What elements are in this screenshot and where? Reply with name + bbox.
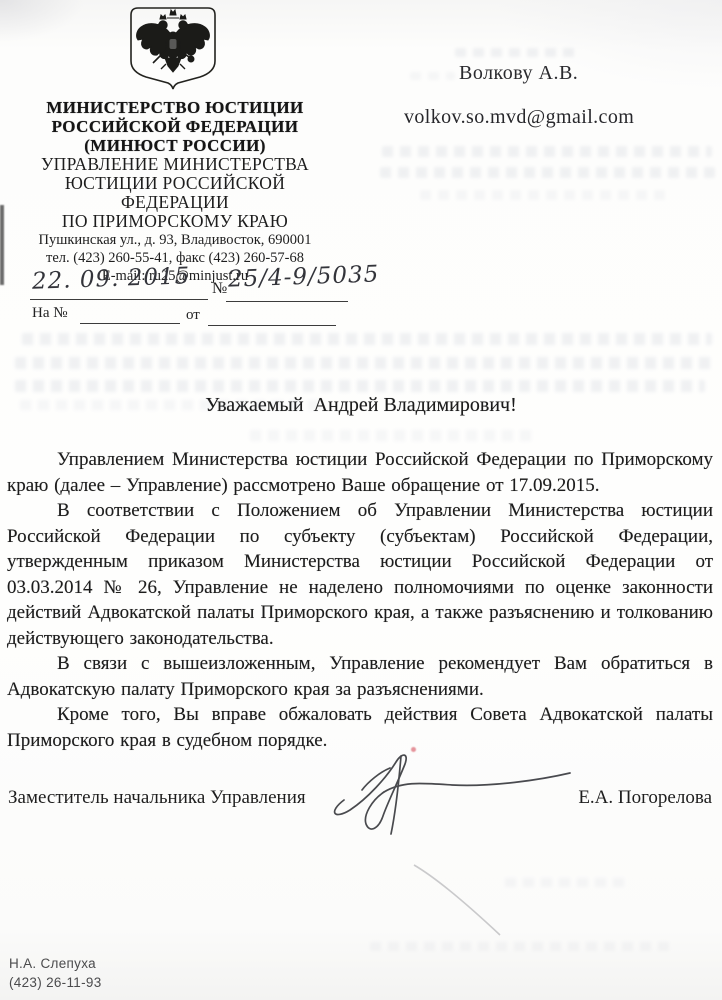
body-paragraph: В связи с вышеизложенным, Управление рек… [7,651,713,702]
executor-block: Н.А. Слепуха (423) 26-11-93 [9,954,102,992]
number-sign-label: № [212,280,227,298]
date-underline [30,299,208,300]
recipient-email: volkov.so.mvd@gmail.com [404,106,634,129]
recipient-name: Волкову А.В. [459,62,578,85]
bleed-through-line [382,146,712,157]
org-name-line: РОССИЙСКОЙ ФЕДЕРАЦИИ [12,117,338,136]
body-paragraph: В соответствии с Положением об Управлени… [7,498,713,651]
handwritten-date: 22. 09. 2015 [32,263,191,295]
org-department-line: ЮСТИЦИИ РОССИЙСКОЙ ФЕДЕРАЦИИ [12,174,338,212]
bleed-through-line [15,380,705,392]
org-name-line: МИНИСТЕРСТВО ЮСТИЦИИ [12,98,338,117]
bleed-through-line [22,333,712,345]
ink-speck-artifact [411,747,416,752]
bleed-through-line [15,357,712,369]
executor-phone: (423) 26-11-93 [9,973,102,992]
org-name-line: (МИНЮСТ РОССИИ) [12,136,338,155]
bleed-through-line [370,942,670,951]
reply-from-label: от [186,307,200,324]
body-paragraph: Управлением Министерства юстиции Российс… [7,447,713,498]
executor-name: Н.А. Слепуха [9,954,102,973]
bleed-through-line [420,190,670,200]
handwritten-signature-icon [310,738,590,838]
scanned-letter-page: МИНИСТЕРСТВО ЮСТИЦИИ РОССИЙСКОЙ ФЕДЕРАЦИ… [0,0,722,1000]
org-department-line: ПО ПРИМОРСКОМУ КРАЮ [12,212,338,231]
bleed-through-line [455,48,575,57]
org-department-line: УПРАВЛЕНИЕ МИНИСТЕРСТВА [12,155,338,174]
pencil-mark-artifact [400,855,520,940]
number-underline [226,301,348,302]
letter-body: Управлением Министерства юстиции Российс… [7,447,713,753]
bleed-through-line [380,167,715,178]
reply-number-blank [80,323,180,324]
bleed-through-line [20,400,320,410]
reply-to-label: На № [32,305,68,322]
signer-position-title: Заместитель начальника Управления [8,787,306,809]
letterhead-org-block: МИНИСТЕРСТВО ЮСТИЦИИ РОССИЙСКОЙ ФЕДЕРАЦИ… [12,98,338,231]
bleed-through-line [410,72,455,80]
address-line: Пушкинская ул., д. 93, Владивосток, 6900… [12,231,338,249]
reply-date-blank [208,325,336,326]
scan-edge-artifact [0,205,4,285]
coat-of-arms-icon [127,6,219,90]
bleed-through-line [505,878,630,887]
handwritten-outgoing-number: 25/4-9/5035 [228,261,380,292]
signer-name: Е.А. Погорелова [578,787,712,809]
bleed-through-line [250,430,535,441]
